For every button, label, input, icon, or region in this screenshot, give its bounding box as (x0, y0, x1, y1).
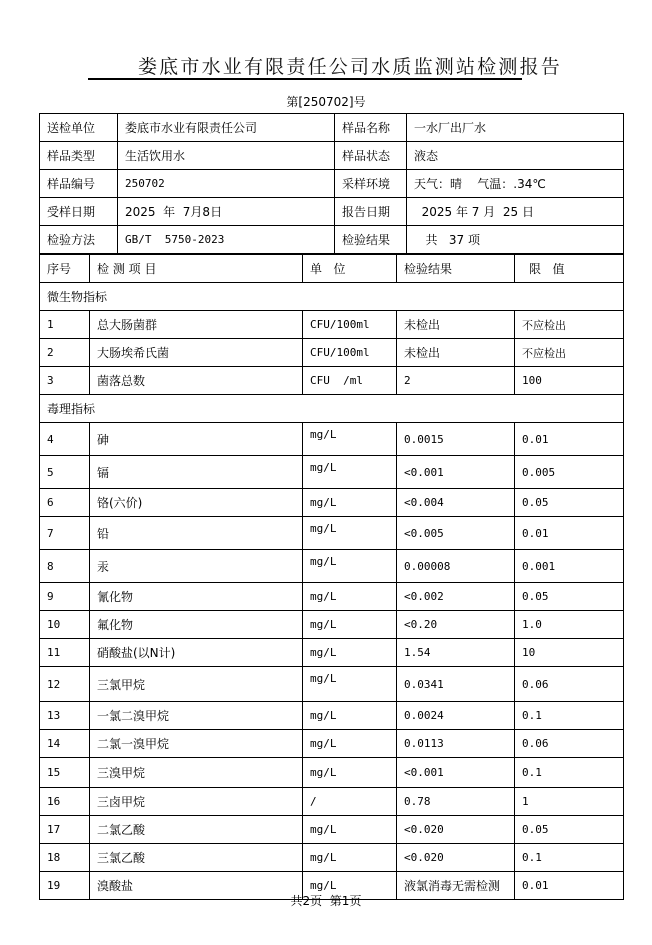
cell-limit: 0.05 (515, 816, 624, 844)
cell-result: 2 (397, 367, 515, 395)
info-value: 生活饮用水 (118, 142, 335, 170)
cell-no: 7 (40, 517, 90, 550)
cell-result: 0.0015 (397, 423, 515, 456)
section-row: 毒理指标 (40, 395, 624, 423)
table-row: 14二氯一溴甲烷mg/L0.01130.06 (40, 730, 624, 758)
cell-no: 4 (40, 423, 90, 456)
section-toxicological: 毒理指标 (40, 395, 624, 423)
info-label: 样品类型 (40, 142, 118, 170)
cell-item: 三氯甲烷 (90, 667, 303, 702)
table-row: 2大肠埃希氏菌CFU/100ml未检出不应检出 (40, 339, 624, 367)
cell-item: 二氯乙酸 (90, 816, 303, 844)
cell-unit: mg/L (303, 489, 397, 517)
cell-item: 铬(六价) (90, 489, 303, 517)
table-row: 4砷mg/L0.00150.01 (40, 423, 624, 456)
cell-item: 二氯一溴甲烷 (90, 730, 303, 758)
cell-no: 10 (40, 611, 90, 639)
info-label: 样品状态 (335, 142, 407, 170)
cell-result: <0.005 (397, 517, 515, 550)
cell-unit: CFU /ml (303, 367, 397, 395)
table-row: 5镉mg/L<0.0010.005 (40, 456, 624, 489)
info-label: 检验结果 (335, 226, 407, 254)
cell-no: 1 (40, 311, 90, 339)
info-value: 一水厂出厂水 (407, 114, 624, 142)
cell-item: 三溴甲烷 (90, 758, 303, 788)
cell-no: 18 (40, 844, 90, 872)
cell-result: 未检出 (397, 339, 515, 367)
cell-no: 12 (40, 667, 90, 702)
header-limit: 限 值 (515, 255, 624, 283)
table-row: 8汞mg/L0.000080.001 (40, 550, 624, 583)
cell-result: 0.0024 (397, 702, 515, 730)
info-row: 样品编号 250702 采样环境 天气：晴 气温：.34℃ (40, 170, 624, 198)
cell-unit: mg/L (303, 702, 397, 730)
cell-item: 硝酸盐(以N计) (90, 639, 303, 667)
cell-result: <0.002 (397, 583, 515, 611)
table-row: 1总大肠菌群CFU/100ml未检出不应检出 (40, 311, 624, 339)
cell-result: <0.20 (397, 611, 515, 639)
cell-item: 汞 (90, 550, 303, 583)
cell-result: 1.54 (397, 639, 515, 667)
cell-no: 6 (40, 489, 90, 517)
cell-item: 铅 (90, 517, 303, 550)
info-row: 送检单位 娄底市水业有限责任公司 样品名称 一水厂出厂水 (40, 114, 624, 142)
page-info: 共2页 第1页 (0, 892, 652, 909)
cell-unit: mg/L (303, 456, 397, 489)
cell-result: <0.004 (397, 489, 515, 517)
cell-limit: 0.1 (515, 702, 624, 730)
info-label: 采样环境 (335, 170, 407, 198)
info-value: GB/T 5750-2023 (118, 226, 335, 254)
header-no: 序号 (40, 255, 90, 283)
info-row: 样品类型 生活饮用水 样品状态 液态 (40, 142, 624, 170)
cell-limit: 0.05 (515, 489, 624, 517)
cell-limit: 1.0 (515, 611, 624, 639)
cell-item: 三氯乙酸 (90, 844, 303, 872)
cell-item: 氟化物 (90, 611, 303, 639)
cell-unit: mg/L (303, 423, 397, 456)
cell-limit: 0.005 (515, 456, 624, 489)
cell-no: 13 (40, 702, 90, 730)
cell-result: <0.001 (397, 758, 515, 788)
cell-unit: mg/L (303, 758, 397, 788)
cell-limit: 0.01 (515, 423, 624, 456)
cell-limit: 100 (515, 367, 624, 395)
info-value: 天气：晴 气温：.34℃ (407, 170, 624, 198)
cell-item: 三卤甲烷 (90, 788, 303, 816)
table-row: 10氟化物mg/L<0.201.0 (40, 611, 624, 639)
cell-limit: 0.001 (515, 550, 624, 583)
cell-unit: mg/L (303, 639, 397, 667)
report-title: 娄底市水业有限责任公司水质监测站检测报告 (80, 52, 620, 79)
cell-item: 氰化物 (90, 583, 303, 611)
cell-no: 11 (40, 639, 90, 667)
cell-result: <0.001 (397, 456, 515, 489)
cell-unit: CFU/100ml (303, 339, 397, 367)
header-result: 检验结果 (397, 255, 515, 283)
cell-unit: mg/L (303, 816, 397, 844)
table-row: 16三卤甲烷/0.781 (40, 788, 624, 816)
info-value: 娄底市水业有限责任公司 (118, 114, 335, 142)
cell-unit: CFU/100ml (303, 311, 397, 339)
cell-result: 0.00008 (397, 550, 515, 583)
info-label: 样品名称 (335, 114, 407, 142)
cell-result: <0.020 (397, 844, 515, 872)
table-row: 7铅mg/L<0.0050.01 (40, 517, 624, 550)
sample-info-table: 送检单位 娄底市水业有限责任公司 样品名称 一水厂出厂水 样品类型 生活饮用水 … (39, 113, 624, 254)
cell-item: 总大肠菌群 (90, 311, 303, 339)
cell-limit: 0.05 (515, 583, 624, 611)
info-label: 报告日期 (335, 198, 407, 226)
cell-limit: 1 (515, 788, 624, 816)
cell-item: 菌落总数 (90, 367, 303, 395)
info-label: 检验方法 (40, 226, 118, 254)
cell-limit: 不应检出 (515, 339, 624, 367)
cell-result: 0.0113 (397, 730, 515, 758)
cell-unit: mg/L (303, 730, 397, 758)
info-label: 受样日期 (40, 198, 118, 226)
cell-limit: 0.06 (515, 667, 624, 702)
table-row: 17二氯乙酸mg/L<0.0200.05 (40, 816, 624, 844)
table-row: 6铬(六价)mg/L<0.0040.05 (40, 489, 624, 517)
table-row: 18三氯乙酸mg/L<0.0200.1 (40, 844, 624, 872)
cell-result: 未检出 (397, 311, 515, 339)
cell-limit: 0.01 (515, 517, 624, 550)
info-value: 250702 (118, 170, 335, 198)
table-row: 3菌落总数CFU /ml2100 (40, 367, 624, 395)
title-underline (88, 78, 522, 80)
cell-no: 3 (40, 367, 90, 395)
cell-no: 14 (40, 730, 90, 758)
table-row: 12三氯甲烷mg/L0.03410.06 (40, 667, 624, 702)
info-value: 共 37 项 (407, 226, 624, 254)
cell-unit: mg/L (303, 583, 397, 611)
cell-result: <0.020 (397, 816, 515, 844)
cell-item: 镉 (90, 456, 303, 489)
cell-no: 9 (40, 583, 90, 611)
cell-result: 0.78 (397, 788, 515, 816)
table-row: 9氰化物mg/L<0.0020.05 (40, 583, 624, 611)
info-value: 液态 (407, 142, 624, 170)
cell-unit: / (303, 788, 397, 816)
section-row: 微生物指标 (40, 283, 624, 311)
cell-limit: 10 (515, 639, 624, 667)
cell-unit: mg/L (303, 550, 397, 583)
table-header-row: 序号 检 测 项 目 单 位 检验结果 限 值 (40, 255, 624, 283)
info-label: 送检单位 (40, 114, 118, 142)
cell-item: 大肠埃希氏菌 (90, 339, 303, 367)
cell-no: 8 (40, 550, 90, 583)
table-row: 13一氯二溴甲烷mg/L0.00240.1 (40, 702, 624, 730)
table-row: 11硝酸盐(以N计)mg/L1.5410 (40, 639, 624, 667)
cell-no: 17 (40, 816, 90, 844)
cell-limit: 不应检出 (515, 311, 624, 339)
info-label: 样品编号 (40, 170, 118, 198)
info-row: 受样日期 2025 年 7月8日 报告日期 2025 年 7 月 25 日 (40, 198, 624, 226)
results-table: 序号 检 测 项 目 单 位 检验结果 限 值 微生物指标 1总大肠菌群CFU/… (39, 254, 624, 900)
cell-no: 16 (40, 788, 90, 816)
cell-no: 5 (40, 456, 90, 489)
report-number: 第[250702]号 (0, 93, 652, 110)
cell-unit: mg/L (303, 667, 397, 702)
cell-unit: mg/L (303, 517, 397, 550)
cell-item: 一氯二溴甲烷 (90, 702, 303, 730)
cell-unit: mg/L (303, 844, 397, 872)
cell-unit: mg/L (303, 611, 397, 639)
info-row: 检验方法 GB/T 5750-2023 检验结果 共 37 项 (40, 226, 624, 254)
cell-limit: 0.1 (515, 844, 624, 872)
section-microbial: 微生物指标 (40, 283, 624, 311)
cell-no: 2 (40, 339, 90, 367)
info-value: 2025 年 7 月 25 日 (407, 198, 624, 226)
table-row: 15三溴甲烷mg/L<0.0010.1 (40, 758, 624, 788)
header-item: 检 测 项 目 (90, 255, 303, 283)
cell-no: 15 (40, 758, 90, 788)
cell-result: 0.0341 (397, 667, 515, 702)
info-value: 2025 年 7月8日 (118, 198, 335, 226)
cell-item: 砷 (90, 423, 303, 456)
cell-limit: 0.1 (515, 758, 624, 788)
cell-limit: 0.06 (515, 730, 624, 758)
header-unit: 单 位 (303, 255, 397, 283)
